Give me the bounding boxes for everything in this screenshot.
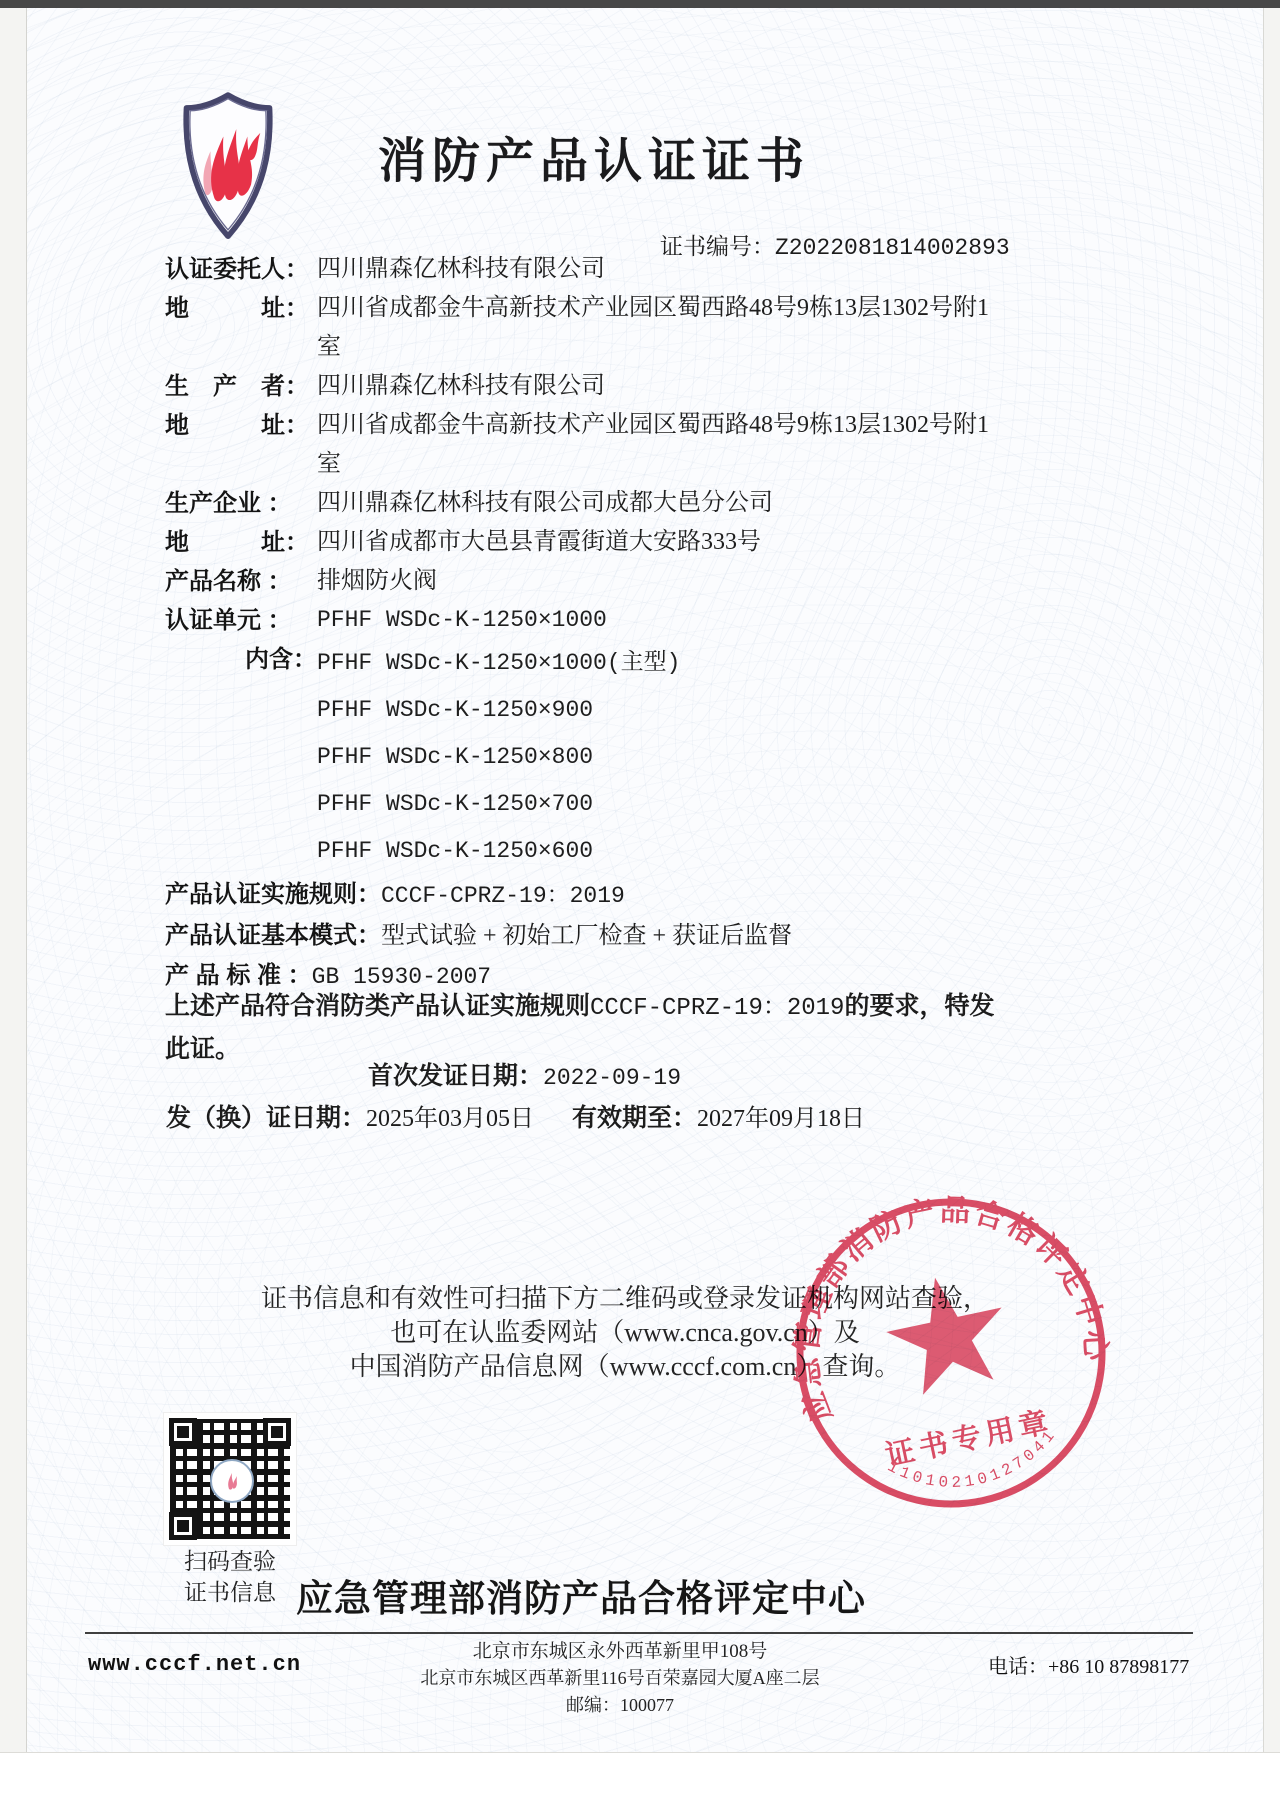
field-row-factory: 生产企业 ： 四川鼎森亿林科技有限公司成都大邑分公司	[165, 484, 1135, 523]
valid-until-label: 有效期至：	[572, 1104, 697, 1132]
field-value: 排烟防火阀	[317, 562, 1135, 601]
field-row-applicant-address: 地 址： 四川省成都金牛高新技术产业园区蜀西路48号9栋13层1302号附1室	[165, 289, 1135, 367]
field-label: 产品认证基本模式：	[165, 922, 381, 949]
statement-rule-code: CCCF-CPRZ-19：2019	[590, 995, 844, 1022]
address-line-1: 四川省成都金牛高新技术产业园区蜀西路48号9栋13层1302号附1	[317, 412, 989, 438]
field-label: 产品名称 ：	[165, 562, 317, 601]
qr-finder-icon	[169, 1512, 197, 1540]
field-label: 认证单元 ：	[165, 601, 317, 640]
qr-caption-line: 证书信息	[140, 1577, 320, 1608]
model-item: PFHF WSDc-K-1250×800	[317, 734, 1135, 781]
field-value: CCCF-CPRZ-19：2019	[381, 883, 625, 909]
field-label: 产 品 标 准 ：	[165, 962, 312, 989]
footer-address-line-1: 北京市东城区永外西革新里甲108号	[340, 1638, 900, 1665]
valid-until-value: 2027年09月18日	[697, 1106, 865, 1132]
statement-text: 此证。	[165, 1035, 240, 1063]
address-line-2: 室	[317, 334, 341, 360]
field-value: 四川鼎森亿林科技有限公司成都大邑分公司	[317, 484, 1135, 523]
field-row-producer: 生 产 者： 四川鼎森亿林科技有限公司	[165, 367, 1135, 406]
statement-text: 的要求，特发	[844, 992, 994, 1020]
model-item: PFHF WSDc-K-1250×900	[317, 687, 1135, 734]
field-row-producer-address: 地 址： 四川省成都金牛高新技术产业园区蜀西路48号9栋13层1302号附1室	[165, 406, 1135, 484]
field-value: 四川鼎森亿林科技有限公司	[317, 367, 1135, 406]
scan-edge-bottom	[0, 1752, 1280, 1812]
field-row-applicant: 认证委托人： 四川鼎森亿林科技有限公司	[165, 250, 1135, 289]
qr-finder-icon	[263, 1418, 291, 1446]
field-label: 生产企业 ：	[165, 484, 317, 523]
field-row-cert-unit: 认证单元 ： PFHF WSDc-K-1250×1000	[165, 601, 1135, 640]
reissue-date-line: 发（换）证日期：2025年03月05日有效期至：2027年09月18日	[166, 1098, 865, 1134]
footer-website: www.cccf.net.cn	[88, 1652, 301, 1677]
model-list: PFHF WSDc-K-1250×1000(主型) PFHF WSDc-K-12…	[317, 640, 1135, 875]
model-item: PFHF WSDc-K-1250×600	[317, 828, 1135, 875]
footer-address-block: 北京市东城区永外西革新里甲108号 北京市东城区西革新里116号百荣嘉园大厦A座…	[340, 1638, 900, 1719]
model-item: PFHF WSDc-K-1250×1000(主型)	[317, 640, 1135, 687]
address-line-1: 四川省成都金牛高新技术产业园区蜀西路48号9栋13层1302号附1	[317, 295, 989, 321]
qr-finder-icon	[169, 1418, 197, 1446]
qr-caption-line: 扫码查验	[140, 1546, 320, 1577]
first-issue-date-label: 首次发证日期：	[368, 1062, 543, 1090]
field-row-factory-address: 地 址： 四川省成都市大邑县青霞街道大安路333号	[165, 523, 1135, 562]
certificate-title: 消防产品认证证书	[378, 122, 810, 191]
scan-edge-right	[1263, 8, 1280, 1812]
field-label: 认证委托人：	[165, 250, 317, 289]
field-row-mode: 产品认证基本模式：型式试验 + 初始工厂检查 + 获证后监督	[165, 916, 1135, 956]
reissue-date-value: 2025年03月05日	[366, 1106, 534, 1132]
qr-caption: 扫码查验 证书信息	[140, 1546, 320, 1608]
field-row-product-name: 产品名称 ： 排烟防火阀	[165, 562, 1135, 601]
field-row-rule: 产品认证实施规则：CCCF-CPRZ-19：2019	[165, 875, 1135, 916]
scan-edge-left	[0, 8, 27, 1812]
field-label: 生 产 者：	[165, 367, 317, 406]
fire-shield-logo-icon	[168, 86, 288, 248]
certificate-fields: 认证委托人： 四川鼎森亿林科技有限公司 地 址： 四川省成都金牛高新技术产业园区…	[165, 250, 1135, 997]
certificate-page: 消防产品认证证书 证书编号：Z2022081814002893 认证委托人： 四…	[0, 0, 1280, 1812]
field-value: 型式试验 + 初始工厂检查 + 获证后监督	[381, 923, 792, 949]
field-value: 四川省成都金牛高新技术产业园区蜀西路48号9栋13层1302号附1室	[317, 406, 1135, 484]
field-label: 地 址：	[165, 523, 317, 562]
footer-address-line-2: 北京市东城区西革新里116号百荣嘉园大厦A座二层	[340, 1665, 900, 1692]
scan-edge-top	[0, 0, 1280, 8]
issuing-authority: 应急管理部消防产品合格评定中心	[296, 1568, 866, 1622]
field-label: 产品认证实施规则：	[165, 881, 381, 908]
first-issue-date-value: 2022-09-19	[543, 1065, 681, 1091]
seal-star-icon	[877, 1265, 1016, 1399]
field-value: 四川省成都金牛高新技术产业园区蜀西路48号9栋13层1302号附1室	[317, 289, 1135, 367]
qr-code	[163, 1412, 297, 1546]
field-row-included-models: 内含： PFHF WSDc-K-1250×1000(主型) PFHF WSDc-…	[165, 640, 1135, 875]
field-label: 内含：	[165, 640, 317, 679]
field-value: PFHF WSDc-K-1250×1000	[317, 601, 1135, 640]
first-issue-date-line: 首次发证日期：2022-09-19	[368, 1056, 681, 1092]
official-seal-stamp: 应急管理部消防产品合格评定中心 证书专用章 11010210127041	[755, 1157, 1146, 1548]
address-line-2: 室	[317, 451, 341, 477]
footer-phone: 电话：+86 10 87898177	[988, 1650, 1189, 1679]
field-label: 地 址：	[165, 406, 317, 445]
footer-divider	[85, 1632, 1193, 1634]
footer-postcode: 邮编：100077	[340, 1692, 900, 1719]
statement-text: 上述产品符合消防类产品认证实施规则	[165, 992, 590, 1020]
field-label: 地 址：	[165, 289, 317, 328]
field-value: 四川鼎森亿林科技有限公司	[317, 250, 1135, 289]
qr-center-logo-icon	[210, 1459, 254, 1503]
field-value: 四川省成都市大邑县青霞街道大安路333号	[317, 523, 1135, 562]
model-item: PFHF WSDc-K-1250×700	[317, 781, 1135, 828]
reissue-date-label: 发（换）证日期：	[166, 1104, 366, 1132]
